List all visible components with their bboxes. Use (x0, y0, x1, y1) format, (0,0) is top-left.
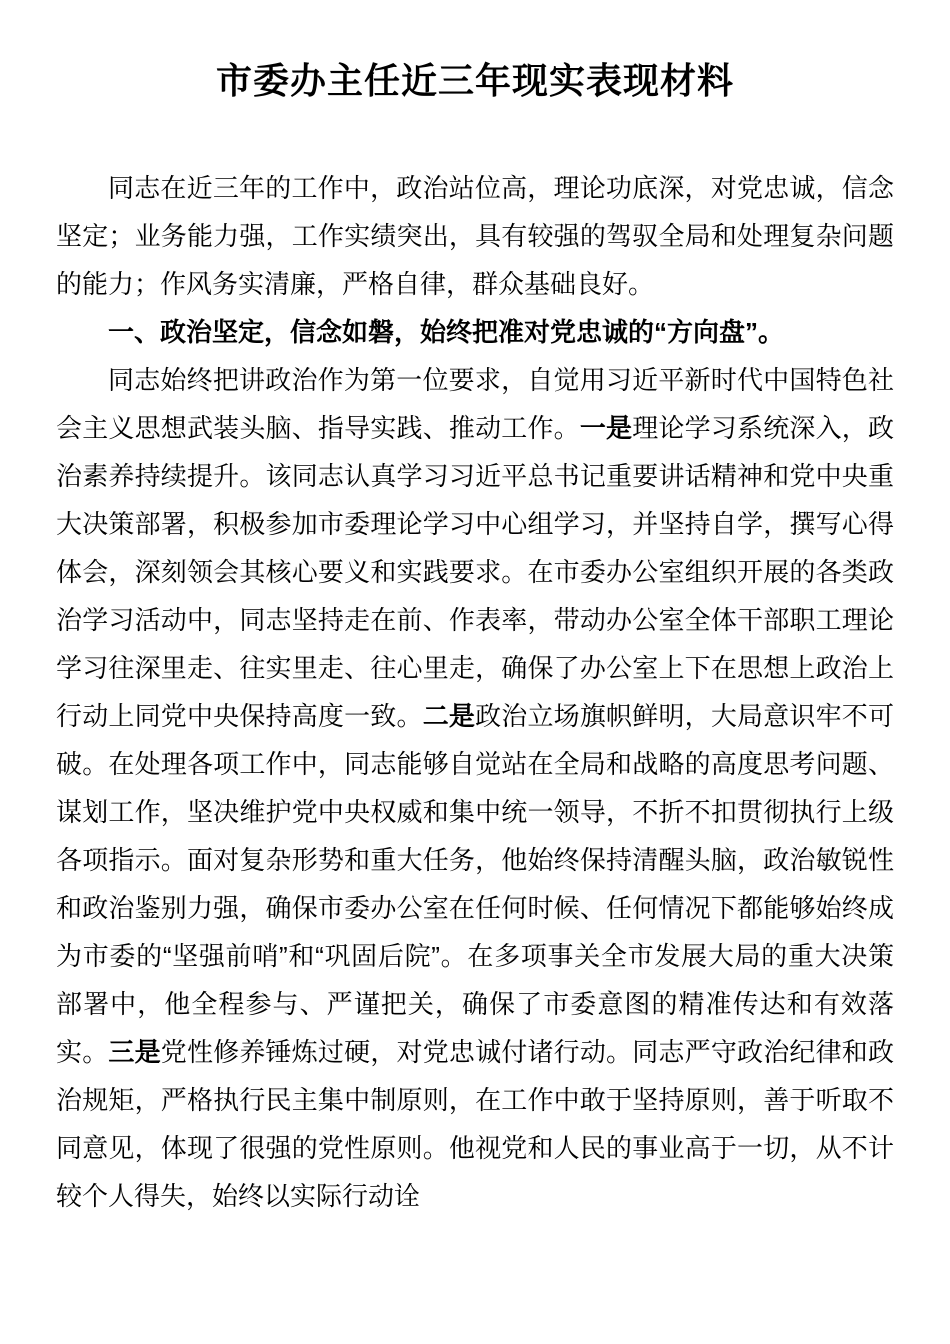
bold-run: 三是 (108, 1037, 160, 1067)
paragraph: 同志始终把讲政治作为第一位要求，自觉用习近平新时代中国特色社会主义思想武装头脑、… (56, 356, 894, 1220)
text-run: 政治立场旗帜鲜明，大局意识牢不可破。在处理各项工作中，同志能够自觉站在全局和战略… (56, 701, 894, 1067)
section-heading: 一、政治坚定，信念如磐，始终把准对党忠诚的“方向盘”。 (56, 308, 894, 356)
text-run: 党性修养锤炼过硬，对党忠诚付诸行动。同志严守政治纪律和政治规矩，严格执行民主集中… (56, 1037, 894, 1211)
paragraph: 同志在近三年的工作中，政治站位高，理论功底深，对党忠诚，信念坚定；业务能力强，工… (56, 164, 894, 308)
document-title: 市委办主任近三年现实表现材料 (0, 0, 950, 104)
text-run: 同志在近三年的工作中，政治站位高，理论功底深，对党忠诚，信念坚定；业务能力强，工… (56, 173, 894, 299)
document-page: 市委办主任近三年现实表现材料 同志在近三年的工作中，政治站位高，理论功底深，对党… (0, 0, 950, 1344)
text-run: 理论学习系统深入，政治素养持续提升。该同志认真学习习近平总书记重要讲话精神和党中… (56, 413, 894, 731)
text-run: 一、政治坚定，信念如磐，始终把准对党忠诚的“方向盘”。 (108, 317, 784, 347)
bold-run: 一是 (580, 413, 632, 443)
document-body: 同志在近三年的工作中，政治站位高，理论功底深，对党忠诚，信念坚定；业务能力强，工… (56, 164, 894, 1220)
bold-run: 二是 (423, 701, 475, 731)
